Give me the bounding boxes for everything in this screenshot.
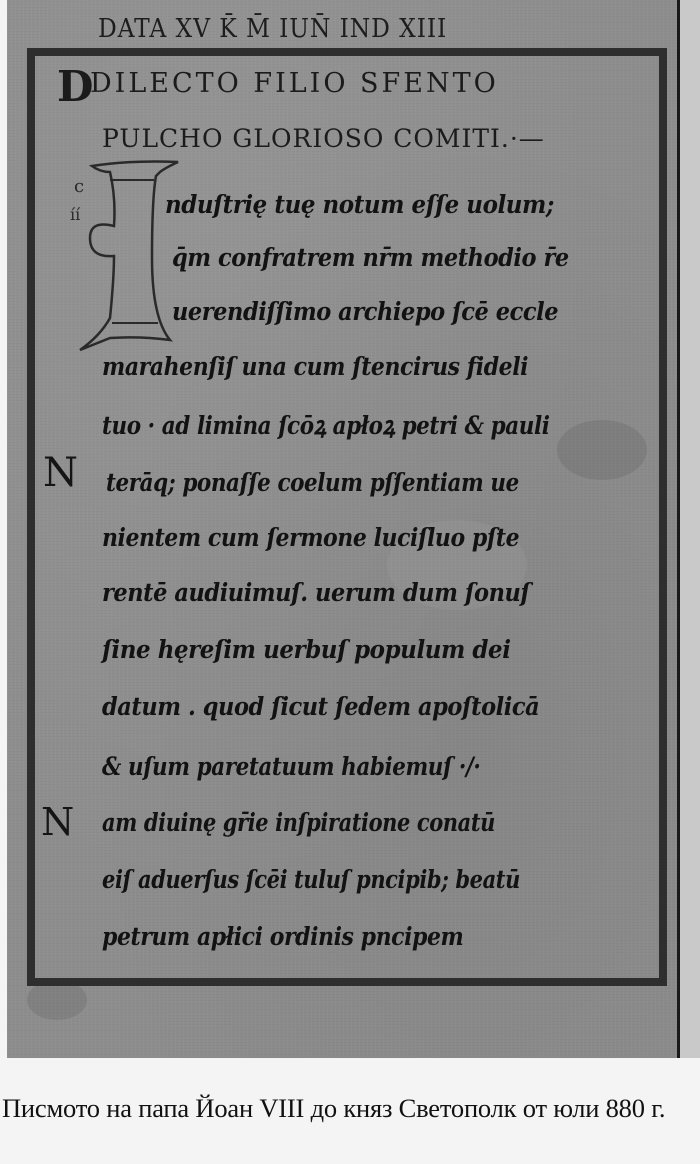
script-line: eiſ aduerſus ſcēi tuluſ pncipib; beatū <box>102 865 520 894</box>
margin-note: c <box>74 176 84 197</box>
heading-line-1: DILECTO FILIO SFENTO <box>90 68 499 99</box>
svg-text:íí: íí <box>70 205 81 224</box>
photo-right-margin <box>680 0 700 1058</box>
script-line: ſine hęreſim uerbuſ populum dei <box>102 635 510 664</box>
script-line: datum . quod ſicut ſedem apoſtolicā <box>102 692 539 721</box>
script-line: nduſtrię tuę notum eſſe uolum; <box>165 190 554 219</box>
heading-line-2: PULCHO GLORIOSO COMITI.·— <box>102 124 545 153</box>
script-line: marahenſiſ una cum ſtencirus fideli <box>102 352 528 381</box>
script-line: uerendiſſimo archiepo ſcē eccle <box>172 297 558 326</box>
script-line: rentē audiuimuſ. uerum dum ſonuſ <box>102 578 530 607</box>
script-line: & uſum paretatuum habiemuſ ·/· <box>102 752 480 781</box>
initial-letter-n-2: N <box>41 800 74 844</box>
script-line: terāq; ponaſſe coelum pſſentiam ue <box>106 468 519 497</box>
date-line: DATA XV K̄ M̄ IUN̄ IND XIII <box>98 14 447 44</box>
script-line: tuo · ad limina ſcōꝝ apłoꝝ petri & pauli <box>102 408 549 442</box>
script-line: nientem cum ſermone luciſluo pſte <box>102 523 519 552</box>
bleed-through-text <box>20 1062 690 1082</box>
script-line: q̄m confratrem nr̄m methodio r̄e <box>172 243 569 272</box>
stain <box>27 980 87 1020</box>
figure-caption: Писмото на папа Йоан VIII до княз Светоп… <box>2 1093 698 1124</box>
initial-letter-d: D <box>57 62 93 111</box>
decorated-initial-i: c íí <box>70 158 180 358</box>
script-line: petrum apłici ordinis pncipem <box>102 922 463 951</box>
script-line: am diuinę gr̄ie inſpiratione conatū <box>102 808 495 837</box>
initial-letter-n: N <box>43 450 78 496</box>
